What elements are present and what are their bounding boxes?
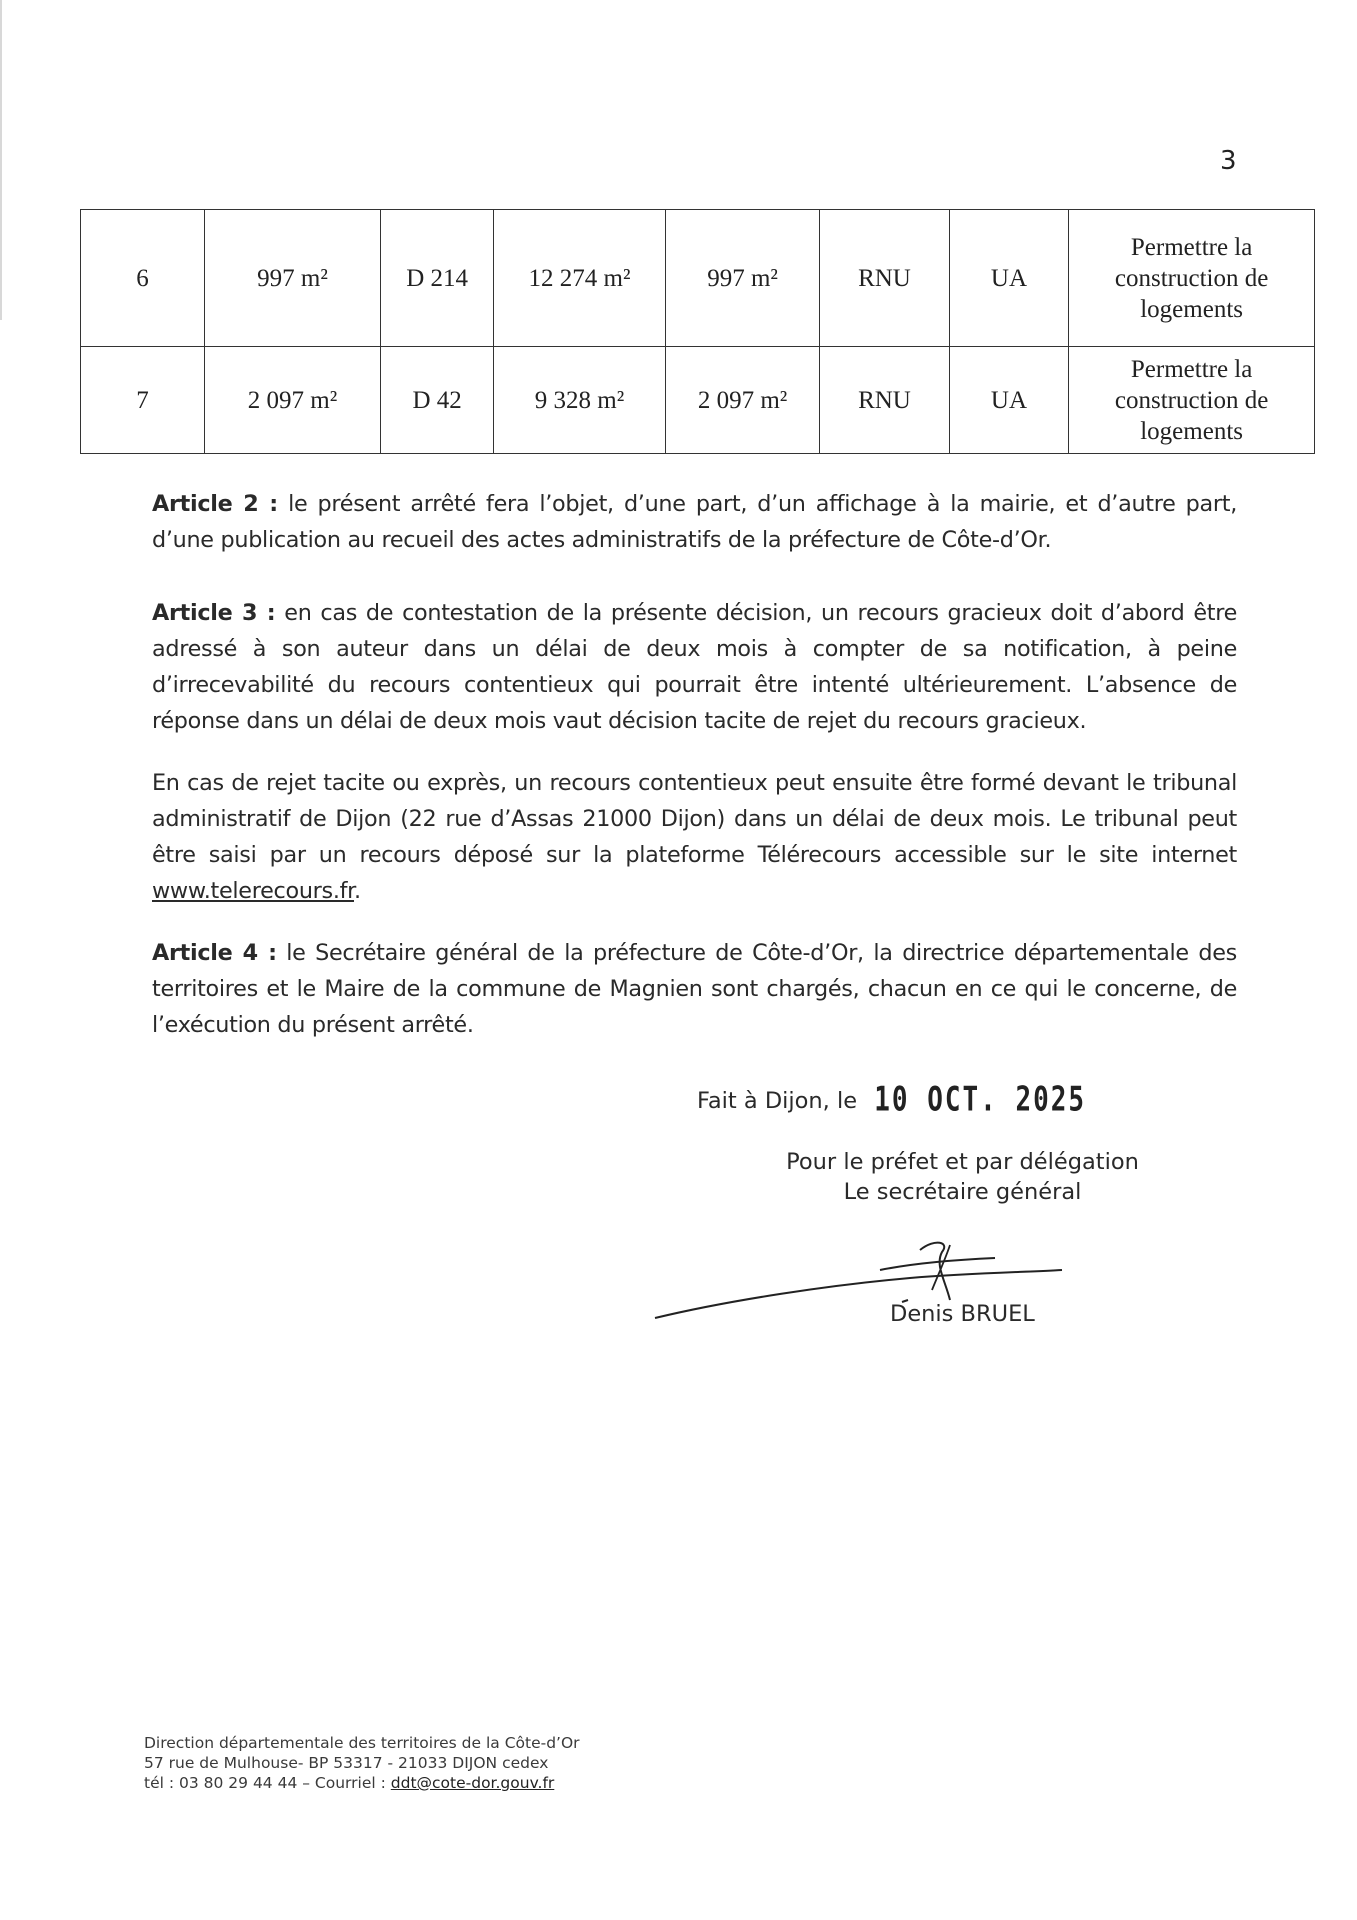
cell-zone: UA [949,347,1069,454]
cell-parcel-area: 12 274 m² [494,210,666,347]
cell-parcel: D 42 [381,347,494,454]
signatory-name: Denis BRUEL [890,1301,1035,1327]
telerecours-link[interactable]: www.telerecours.fr [152,878,354,904]
cell-zone: UA [949,210,1069,347]
scan-edge [0,0,2,320]
article-3-continued-text: En cas de rejet tacite ou exprès, un rec… [152,770,1237,868]
footer-email-link[interactable]: ddt@cote-dor.gouv.fr [391,1774,555,1792]
cell-surface: 2 097 m² [204,347,380,454]
cell-num: 6 [81,210,205,347]
cell-area: 997 m² [665,210,819,347]
article-3-label: Article 3 : [152,600,275,626]
cell-purpose: Permettre la construction de logements [1069,347,1315,454]
page-number: 3 [1220,146,1237,176]
date-stamp: 10 OCT. 2025 [874,1081,1086,1120]
article-4-label: Article 4 : [152,940,277,966]
cell-parcel: D 214 [381,210,494,347]
article-3-continued-end: . [354,878,361,904]
footer-phone: tél : 03 80 29 44 44 – Courriel : [144,1774,391,1792]
article-3-continued: En cas de rejet tacite ou exprès, un rec… [152,765,1237,909]
article-3: Article 3 : en cas de contestation de la… [152,595,1237,739]
cell-parcel-area: 9 328 m² [494,347,666,454]
signature-place-date: Fait à Dijon, le 10 OCT. 2025 [697,1085,1086,1115]
cell-current-doc: RNU [820,347,949,454]
footer-line-3: tél : 03 80 29 44 44 – Courriel : ddt@co… [144,1773,580,1793]
signature-line-2: Le secrétaire général [775,1177,1150,1207]
parcels-table: 6 997 m² D 214 12 274 m² 997 m² RNU UA P… [80,209,1315,454]
footer-line-1: Direction départementale des territoires… [144,1733,580,1753]
footer: Direction départementale des territoires… [144,1733,580,1793]
cell-current-doc: RNU [820,210,949,347]
cell-num: 7 [81,347,205,454]
cell-area: 2 097 m² [665,347,819,454]
article-3-text: en cas de contestation de la présente dé… [152,600,1237,734]
article-2-label: Article 2 : [152,491,278,517]
article-4: Article 4 : le Secrétaire général de la … [152,935,1237,1043]
signature-delegation: Pour le préfet et par délégation Le secr… [775,1147,1150,1207]
table-row: 7 2 097 m² D 42 9 328 m² 2 097 m² RNU UA… [81,347,1315,454]
article-2: Article 2 : le présent arrêté fera l’obj… [152,486,1237,558]
signature-place: Fait à Dijon, le [697,1088,857,1114]
article-2-text: le présent arrêté fera l’objet, d’une pa… [152,491,1237,553]
table-row: 6 997 m² D 214 12 274 m² 997 m² RNU UA P… [81,210,1315,347]
article-4-text: le Secrétaire général de la préfecture d… [152,940,1237,1038]
signature-line-1: Pour le préfet et par délégation [775,1147,1150,1177]
cell-purpose: Permettre la construction de logements [1069,210,1315,347]
footer-line-2: 57 rue de Mulhouse- BP 53317 - 21033 DIJ… [144,1753,580,1773]
cell-surface: 997 m² [204,210,380,347]
